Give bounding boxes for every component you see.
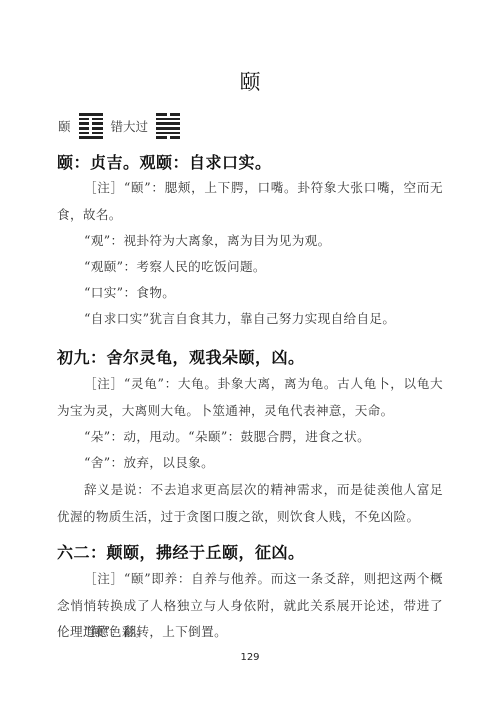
yin-line: [156, 113, 180, 116]
paragraph: “朵”：动，甩动。“朵颐”：鼓腮合腭，进食之状。: [57, 424, 443, 451]
paragraph: “颠”：翻转，上下倒置。: [57, 619, 443, 646]
yang-line: [79, 113, 103, 116]
document-page: 颐 颐 错大过 颐：贞吉。观颐：自求口实。 ［注］“颐”：腮颊，上下腭，口嘴。卦…: [0, 0, 500, 707]
yin-line: [79, 132, 103, 135]
yin-line: [79, 118, 103, 121]
primary-hexagram-label: 颐: [58, 117, 71, 135]
yi-hexagram-icon: [79, 113, 103, 139]
paragraph: “观”：视卦符为大离象，离为目为见为观。: [57, 228, 443, 255]
yang-line: [79, 136, 103, 139]
chapter-title: 颐: [0, 66, 500, 96]
paragraph: “观颐”：考察人民的吃饭问题。: [57, 254, 443, 281]
yin-line: [79, 122, 103, 125]
section-heading: 六二：颠颐，拂经于丘颐，征凶。: [57, 540, 305, 563]
daguo-hexagram-icon: [156, 113, 180, 139]
yin-line: [79, 127, 103, 130]
section-heading: 初九：舍尔灵龟，观我朵颐，凶。: [57, 345, 305, 368]
hexagram-row: 颐 错大过: [58, 110, 180, 142]
paragraph: “自求口实”犹言自食其力，靠自己努力实现自给自足。: [57, 306, 443, 333]
paragraph: ［注］“颐”：腮颊，上下腭，口嘴。卦符象大张口嘴，空而无食，故名。: [57, 175, 443, 228]
paragraph: ［注］“灵龟”：大龟。卦象大离，离为龟。古人龟卜，以龟大为宝为灵，大离则大龟。卜…: [57, 371, 443, 424]
page-number: 129: [0, 652, 500, 663]
paragraph: “舍”：放弃，以艮象。: [57, 450, 443, 477]
yang-line: [156, 127, 180, 130]
yang-line: [156, 118, 180, 121]
paragraph: 辞义是说：不去追求更高层次的精神需求，而是徒羡他人富足优渥的物质生活，过于贪图口…: [57, 477, 443, 530]
section-heading: 颐：贞吉。观颐：自求口实。: [57, 150, 272, 173]
opposite-hexagram-label: 错大过: [111, 117, 149, 135]
yang-line: [156, 132, 180, 135]
yin-line: [156, 136, 180, 139]
paragraph: “口实”：食物。: [57, 280, 443, 307]
yang-line: [156, 122, 180, 125]
